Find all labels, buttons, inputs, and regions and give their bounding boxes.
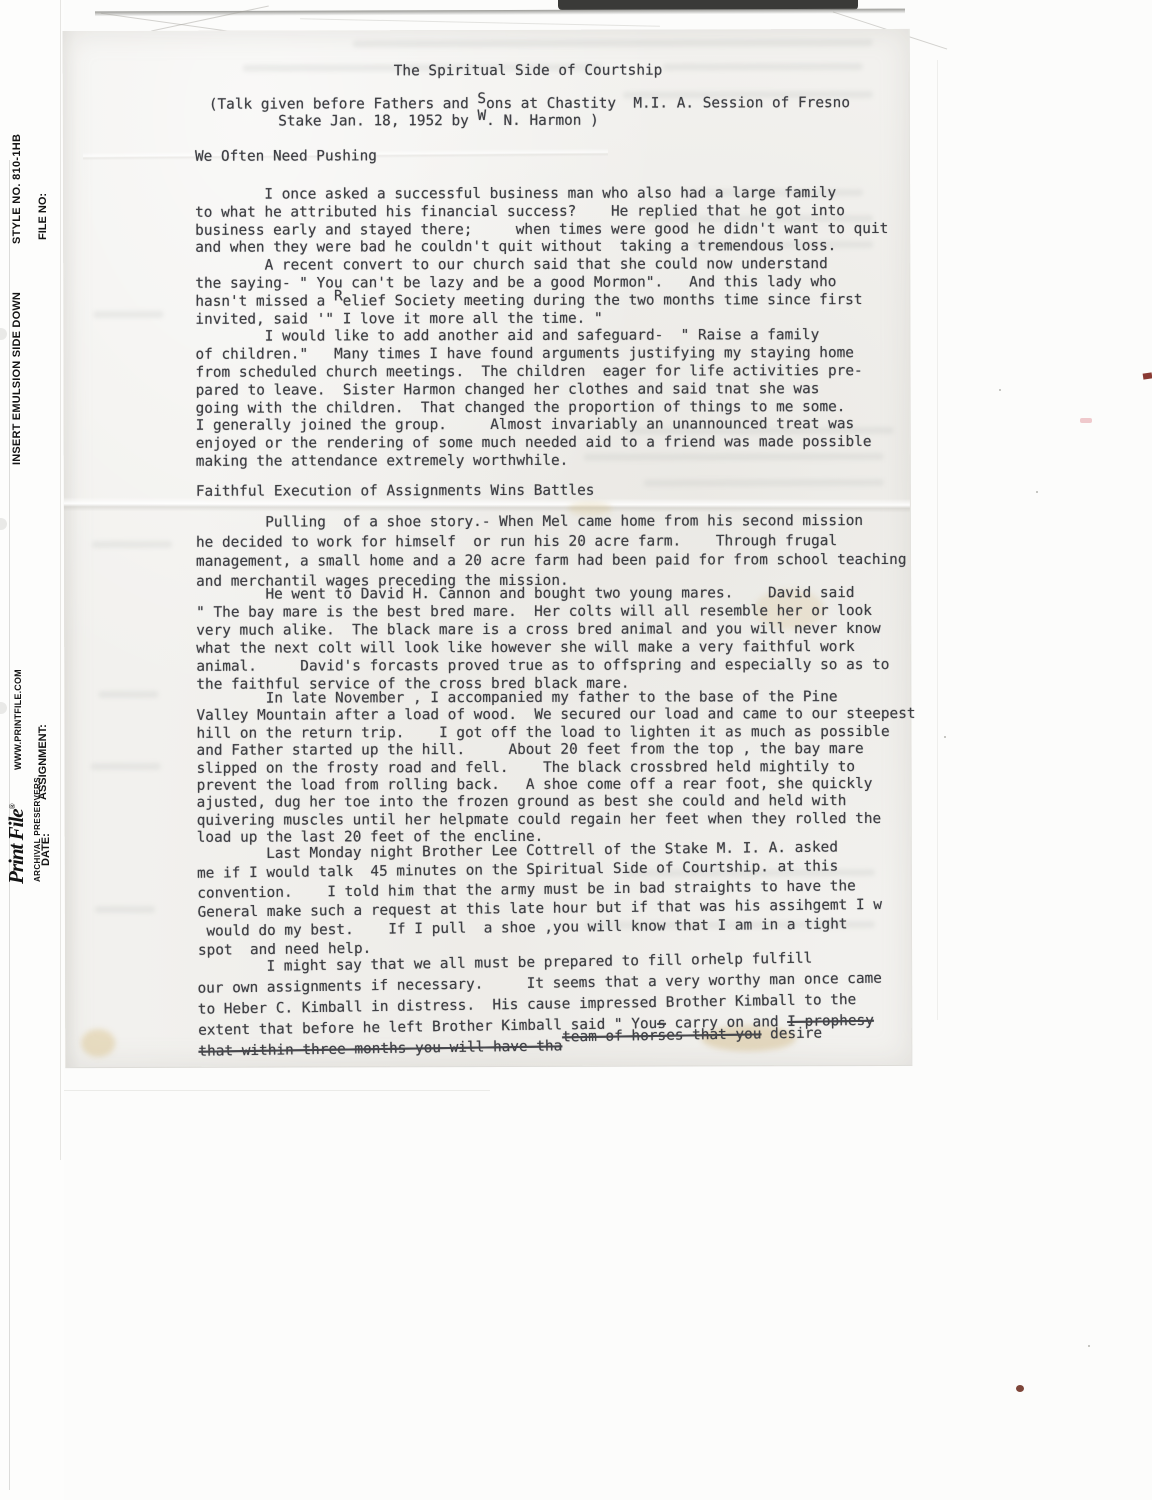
sleeve-notch xyxy=(0,518,7,530)
paragraph-david-cannon-mares: He went to David H. Cannon and bought tw… xyxy=(196,584,889,694)
dust-speck xyxy=(1088,1345,1090,1347)
paper-stain xyxy=(81,1029,115,1057)
typed-line: he decided to work for himself or run hi… xyxy=(196,531,907,552)
bleedthrough-text xyxy=(98,691,158,698)
typed-line: and Father started up the hill. About 20… xyxy=(197,741,916,760)
typed-line: from scheduled church meetings. The chil… xyxy=(196,363,889,383)
typed-line: of children." Many times I have found ar… xyxy=(195,345,888,365)
scanned-document-page: { "sleeve": { "style_no": "STYLE NO. 810… xyxy=(0,0,1152,1500)
sleeve-bottom-seam xyxy=(64,1090,490,1091)
dust-speck xyxy=(999,389,1001,391)
typed-line: management, a small home and a 20 acre f… xyxy=(196,551,907,572)
typed-line: invited, said '" I love it more all the … xyxy=(195,310,888,330)
talk-attribution: (Talk given before Fathers and Sons at C… xyxy=(209,95,850,131)
bleedthrough-text xyxy=(644,479,884,487)
red-dot-mark xyxy=(1016,1385,1024,1392)
typed-line: Pulling of a shoe story.- When Mel came … xyxy=(196,512,907,533)
typed-line: " The bay mare is the best bred mare. He… xyxy=(196,602,889,622)
sleeve-edge-line xyxy=(937,60,938,1020)
typed-line: We Often Need Pushing xyxy=(195,147,377,165)
typed-line: Stake Jan. 18, 1952 by W. N. Harmon ) xyxy=(209,112,850,131)
typed-line: slipped on the frosty road and fell. The… xyxy=(197,759,916,778)
bleedthrough-text xyxy=(93,311,163,318)
section-heading-we-often-need-pushing: We Often Need Pushing xyxy=(195,147,377,165)
typed-line: I would like to add another aid and safe… xyxy=(195,327,888,347)
bleedthrough-text xyxy=(95,906,155,913)
paragraph-pine-valley: In late November , I accompanied my fath… xyxy=(196,689,916,848)
typed-line: hill on the return trip. I got off the l… xyxy=(196,724,915,743)
print-file-sleeve-strip: STYLE NO. 810-1HB FILE NO: INSERT EMULSI… xyxy=(0,0,64,1500)
registered-mark: ® xyxy=(8,804,17,809)
dust-speck xyxy=(1036,491,1038,493)
dust-speck xyxy=(944,736,946,738)
sleeve-file-no-label: FILE NO: xyxy=(37,193,49,240)
typed-line: I once asked a successful business man w… xyxy=(195,185,888,205)
typed-line: enjoyed or the rendering of some much ne… xyxy=(196,434,889,454)
typed-line: to what he attributed his financial succ… xyxy=(195,203,888,223)
paragraph-heber-kimball: I might say that we all must be prepared… xyxy=(197,948,883,1063)
typed-line: and when they were bad he couldn't quit … xyxy=(195,238,888,258)
pink-smudge xyxy=(1080,418,1092,423)
typed-line: going with the children. That changed th… xyxy=(196,399,889,419)
sleeve-style-number: STYLE NO. 810-1HB xyxy=(11,134,23,244)
typed-line: the saying- " You can't be lazy and be a… xyxy=(195,274,888,294)
document-title: The Spiritual Side of Courtship xyxy=(394,62,663,81)
sleeve-notch xyxy=(0,328,7,340)
sleeve-wrinkle xyxy=(300,18,660,27)
print-file-tagline: ARCHIVAL PRESERVERS xyxy=(33,777,42,882)
bleedthrough-text xyxy=(92,541,172,548)
typed-line: Faithful Execution of Assignments Wins B… xyxy=(196,482,595,501)
typed-line: pared to leave. Sister Harmon changed he… xyxy=(196,381,889,401)
sleeve-strip-edge xyxy=(60,0,61,1160)
paragraph-shoe-story: Pulling of a shoe story.- When Mel came … xyxy=(196,512,907,592)
typed-line: A recent convert to our church said that… xyxy=(195,256,888,276)
typewritten-page: The Spiritual Side of Courtship (Talk gi… xyxy=(63,29,913,1068)
typed-line: making the attendance extremely worthwhi… xyxy=(196,452,889,472)
typed-line: animal. David's forcasts proved true as … xyxy=(196,656,889,676)
typed-line: ajusted, dug her toe into the frozen gro… xyxy=(197,793,916,812)
typed-line: hasn't missed a Relief Society meeting d… xyxy=(195,292,888,312)
typed-line: The Spiritual Side of Courtship xyxy=(394,62,663,81)
typed-line: I generally joined the group. Almost inv… xyxy=(196,416,889,436)
paragraphs-pushing-section: I once asked a successful business man w… xyxy=(195,185,889,472)
sleeve-insert-note: INSERT EMULSION SIDE DOWN xyxy=(11,292,23,465)
typed-line: (Talk given before Fathers and Sons at C… xyxy=(209,95,850,114)
bleedthrough-text xyxy=(663,63,863,71)
section-heading-faithful-execution: Faithful Execution of Assignments Wins B… xyxy=(196,482,595,501)
sleeve-notch xyxy=(0,702,7,714)
sleeve-website: WWW.PRINTFILE.COM xyxy=(13,669,23,770)
print-file-logo: Print File® xyxy=(4,804,29,884)
bleedthrough-text xyxy=(353,39,873,47)
bleedthrough-text xyxy=(91,763,161,770)
typed-line: what the next colt will look like howeve… xyxy=(196,638,889,658)
typed-line: Valley Mountain after a load of wood. We… xyxy=(196,706,915,725)
typed-line: quivering muscles until her helpmate cou… xyxy=(197,811,916,830)
red-margin-tick xyxy=(1143,372,1152,379)
typed-line: business early and stayed there; when ti… xyxy=(195,221,888,241)
typed-line: very much alike. The black mare is a cro… xyxy=(196,620,889,640)
sleeve-top-edge xyxy=(95,9,905,17)
typed-line: He went to David H. Cannon and bought tw… xyxy=(196,584,889,604)
paragraph-lee-cottrell-request: Last Monday night Brother Lee Cottrell o… xyxy=(197,838,883,962)
